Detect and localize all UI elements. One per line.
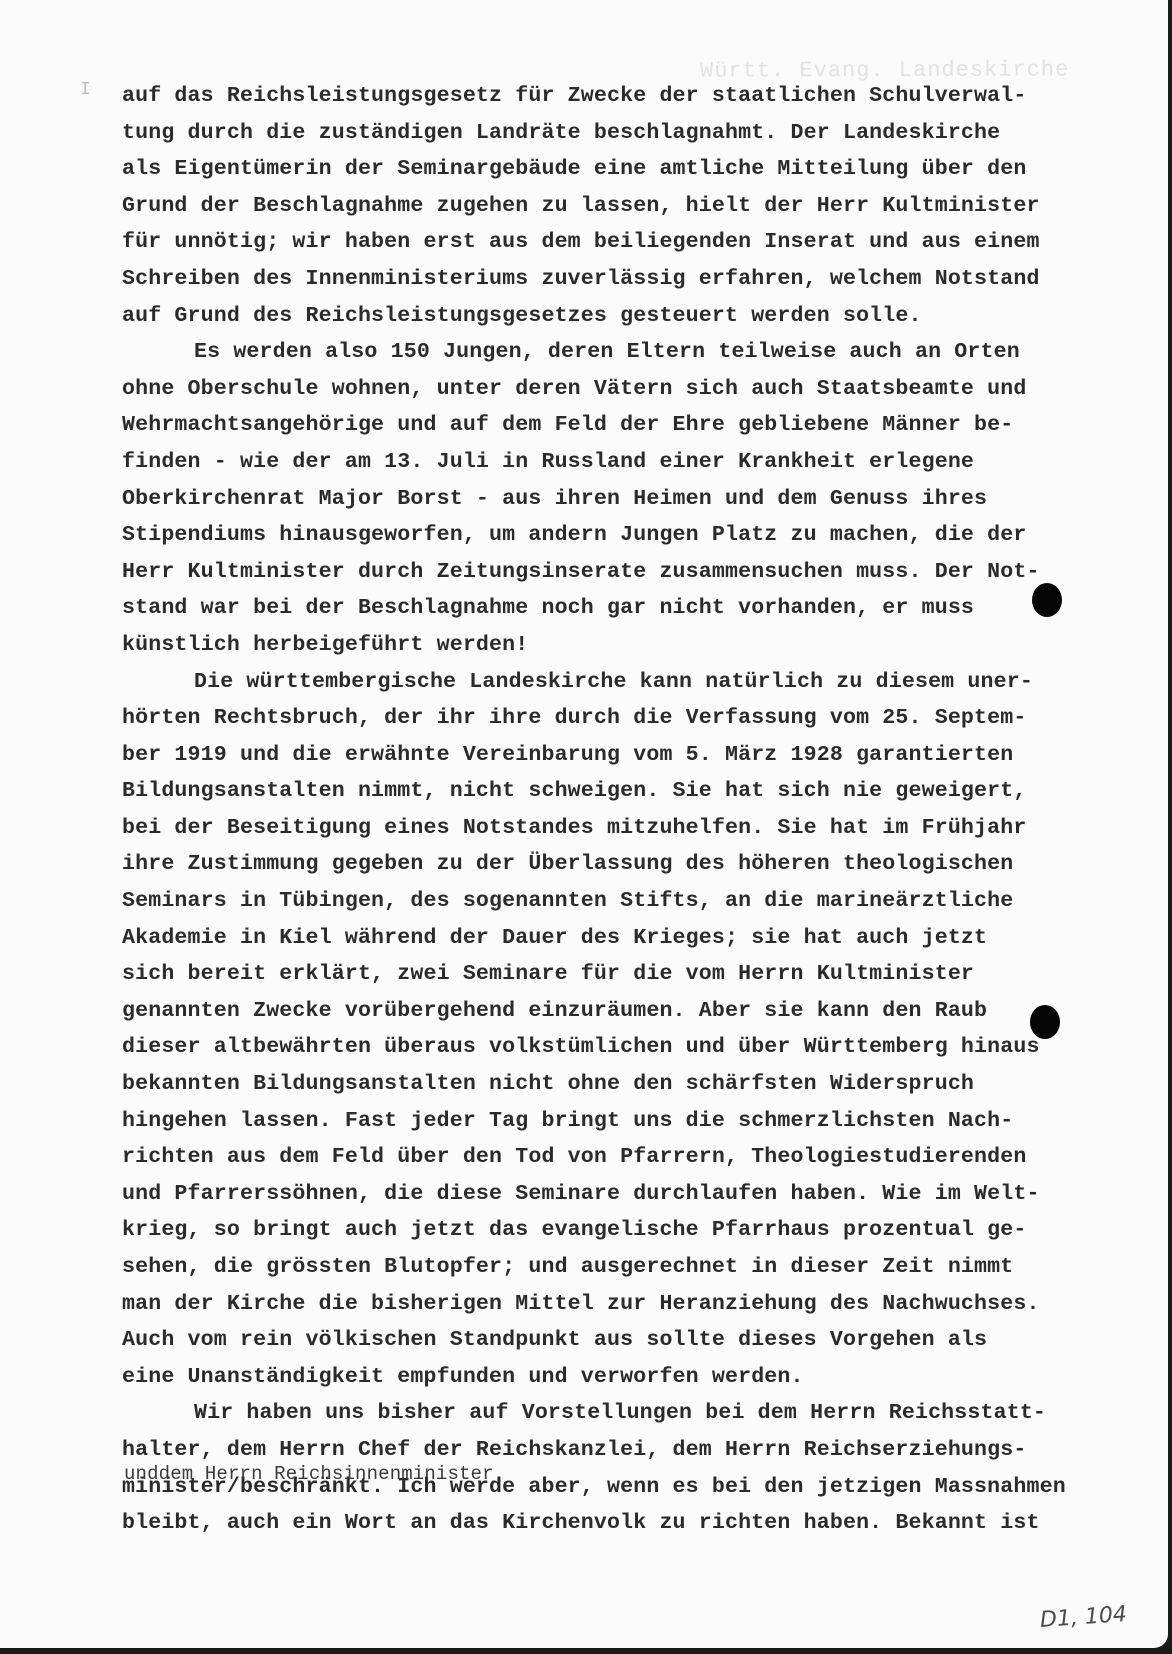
line-text: Seminars in Tübingen, des sogenannten St…: [122, 889, 1013, 913]
text-line: finden - wie der am 13. Juli in Russland…: [122, 444, 1168, 481]
text-line: Seminars in Tübingen, des sogenannten St…: [122, 883, 1168, 920]
margin-mark: Ι: [80, 80, 91, 100]
text-line: sich bereit erklärt, zwei Seminare für d…: [122, 956, 1168, 993]
line-text: dieser altbewährten überaus volkstümlich…: [122, 1035, 1040, 1059]
line-text: Oberkirchenrat Major Borst - aus ihren H…: [122, 487, 987, 511]
interlinear-insertion: unddem Herrn Reichsinnenminister: [124, 1456, 494, 1493]
document-page: Württ. Evang. Landeskirche Ι auf das Rei…: [0, 0, 1168, 1648]
text-line: man der Kirche die bisherigen Mittel zur…: [122, 1286, 1168, 1323]
punch-hole-upper: [1032, 583, 1062, 617]
line-text: Bildungsanstalten nimmt, nicht schweigen…: [122, 779, 1026, 803]
line-text: ber 1919 und die erwähnte Vereinbarung v…: [122, 743, 1013, 767]
text-line: Die württembergische Landeskirche kann n…: [122, 664, 1168, 701]
text-line: tung durch die zuständigen Landräte besc…: [122, 115, 1168, 152]
line-text: richten aus dem Feld über den Tod von Pf…: [122, 1145, 1026, 1169]
text-line: künstlich herbeigeführt werden!: [122, 627, 1168, 664]
text-line: Oberkirchenrat Major Borst - aus ihren H…: [122, 481, 1168, 518]
text-line: Grund der Beschlagnahme zugehen zu lasse…: [122, 188, 1168, 225]
line-text: Schreiben des Innenministeriums zuverläs…: [122, 267, 1040, 291]
text-line: für unnötig; wir haben erst aus dem beil…: [122, 224, 1168, 261]
text-line: Bildungsanstalten nimmt, nicht schweigen…: [122, 773, 1168, 810]
text-line: Stipendiums hinausgeworfen, um andern Ju…: [122, 517, 1168, 554]
line-text: für unnötig; wir haben erst aus dem beil…: [122, 230, 1040, 254]
line-text: als Eigentümerin der Seminargebäude eine…: [122, 157, 1026, 181]
line-text: Stipendiums hinausgeworfen, um andern Ju…: [122, 523, 1026, 547]
line-text: krieg, so bringt auch jetzt das evangeli…: [122, 1218, 1026, 1242]
line-text: tung durch die zuständigen Landräte besc…: [122, 121, 1000, 145]
text-line: Auch vom rein völkischen Standpunkt aus …: [122, 1322, 1168, 1359]
text-line: und Pfarrerssöhnen, die diese Seminare d…: [122, 1176, 1168, 1213]
line-text: Grund der Beschlagnahme zugehen zu lasse…: [122, 194, 1040, 218]
text-line: ihre Zustimmung gegeben zu der Überlassu…: [122, 846, 1168, 883]
line-text: Es werden also 150 Jungen, deren Eltern …: [194, 340, 1020, 364]
line-text: bei der Beseitigung eines Notstandes mit…: [122, 816, 1026, 840]
archive-signature: D1, 104: [1039, 1602, 1127, 1633]
text-line: Akademie in Kiel während der Dauer des K…: [122, 920, 1168, 957]
line-text: bekannten Bildungsanstalten nicht ohne d…: [122, 1072, 974, 1096]
text-line: hörten Rechtsbruch, der ihr ihre durch d…: [122, 700, 1168, 737]
line-text: Die württembergische Landeskirche kann n…: [194, 670, 1033, 694]
line-text: stand war bei der Beschlagnahme noch gar…: [122, 596, 974, 620]
text-line: Wir haben uns bisher auf Vorstellungen b…: [122, 1395, 1168, 1432]
line-text: finden - wie der am 13. Juli in Russland…: [122, 450, 974, 474]
line-text: bleibt, auch ein Wort an das Kirchenvolk…: [122, 1511, 1040, 1535]
line-text: genannten Zwecke vorübergehend einzuräum…: [122, 999, 987, 1023]
punch-hole-lower: [1030, 1005, 1060, 1039]
line-text: hingehen lassen. Fast jeder Tag bringt u…: [122, 1109, 1013, 1133]
text-line: bei der Beseitigung eines Notstandes mit…: [122, 810, 1168, 847]
text-line: als Eigentümerin der Seminargebäude eine…: [122, 151, 1168, 188]
line-text: Wir haben uns bisher auf Vorstellungen b…: [194, 1401, 1046, 1425]
line-text: und Pfarrerssöhnen, die diese Seminare d…: [122, 1182, 1040, 1206]
line-text: man der Kirche die bisherigen Mittel zur…: [122, 1292, 1040, 1316]
text-line: ohne Oberschule wohnen, unter deren Väte…: [122, 371, 1168, 408]
text-line: Wehrmachtsangehörige und auf dem Feld de…: [122, 407, 1168, 444]
text-line: Schreiben des Innenministeriums zuverläs…: [122, 261, 1168, 298]
typed-letter-body: auf das Reichsleistungsgesetz für Zwecke…: [122, 78, 1168, 1542]
line-text: Wehrmachtsangehörige und auf dem Feld de…: [122, 413, 1013, 437]
text-line: stand war bei der Beschlagnahme noch gar…: [122, 590, 1168, 627]
line-text: ohne Oberschule wohnen, unter deren Väte…: [122, 377, 1026, 401]
line-text: auf das Reichsleistungsgesetz für Zwecke…: [122, 84, 1026, 108]
line-text: eine Unanständigkeit empfunden und verwo…: [122, 1365, 804, 1389]
text-line: dieser altbewährten überaus volkstümlich…: [122, 1029, 1168, 1066]
text-line: sehen, die grössten Blutopfer; und ausge…: [122, 1249, 1168, 1286]
text-line: krieg, so bringt auch jetzt das evangeli…: [122, 1212, 1168, 1249]
line-text: hörten Rechtsbruch, der ihr ihre durch d…: [122, 706, 1026, 730]
text-line: Es werden also 150 Jungen, deren Eltern …: [122, 334, 1168, 371]
text-line: auf das Reichsleistungsgesetz für Zwecke…: [122, 78, 1168, 115]
text-line: genannten Zwecke vorübergehend einzuräum…: [122, 993, 1168, 1030]
line-text: sehen, die grössten Blutopfer; und ausge…: [122, 1255, 1013, 1279]
text-line: richten aus dem Feld über den Tod von Pf…: [122, 1139, 1168, 1176]
text-line: bleibt, auch ein Wort an das Kirchenvolk…: [122, 1505, 1168, 1542]
line-text: sich bereit erklärt, zwei Seminare für d…: [122, 962, 974, 986]
line-text: Herr Kultminister durch Zeitungsinserate…: [122, 560, 1040, 584]
line-text: künstlich herbeigeführt werden!: [122, 633, 528, 657]
text-line: unddem Herrn Reichsinnenministerminister…: [122, 1469, 1168, 1506]
text-line: hingehen lassen. Fast jeder Tag bringt u…: [122, 1103, 1168, 1140]
text-line: bekannten Bildungsanstalten nicht ohne d…: [122, 1066, 1168, 1103]
line-text: ihre Zustimmung gegeben zu der Überlassu…: [122, 852, 1013, 876]
text-line: ber 1919 und die erwähnte Vereinbarung v…: [122, 737, 1168, 774]
line-text: Akademie in Kiel während der Dauer des K…: [122, 926, 987, 950]
line-text: Auch vom rein völkischen Standpunkt aus …: [122, 1328, 987, 1352]
line-text: auf Grund des Reichsleistungsgesetzes ge…: [122, 304, 922, 328]
text-line: Herr Kultminister durch Zeitungsinserate…: [122, 554, 1168, 591]
text-line: eine Unanständigkeit empfunden und verwo…: [122, 1359, 1168, 1396]
text-line: auf Grund des Reichsleistungsgesetzes ge…: [122, 298, 1168, 335]
